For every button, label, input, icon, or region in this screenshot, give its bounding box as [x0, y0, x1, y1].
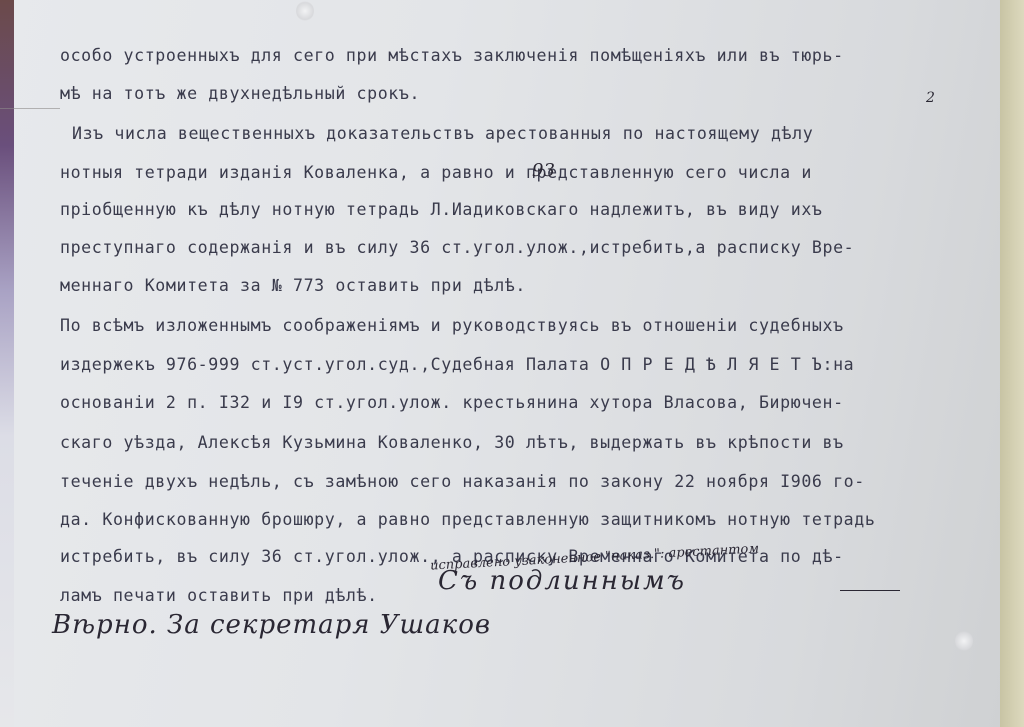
typed-line: нотныя тетради изданія Коваленка, а равн… [60, 163, 812, 182]
typed-line: По всѣмъ изложеннымъ соображеніямъ и рук… [60, 316, 844, 335]
paper-damage [296, 0, 314, 22]
typed-line: пріобщенную къ дѣлу нотную тетрадь Л.Иад… [60, 200, 823, 219]
paper-crease [0, 108, 60, 109]
handwritten-page-number: 93 [532, 160, 555, 181]
typed-line: основаніи 2 п. I32 и I9 ст.угол.улож. кр… [60, 393, 844, 412]
typed-line: теченіе двухъ недѣль, съ замѣною сего на… [60, 472, 865, 491]
handwritten-margin-mark: 2 [926, 90, 935, 106]
signature-underline [840, 590, 900, 591]
typed-line: ламъ печати оставить при дѣлѣ. [60, 586, 378, 605]
background-strip [1000, 0, 1024, 727]
typed-line: мѣ на тотъ же двухнедѣльный срокъ. [60, 84, 420, 103]
typed-line: Изъ числа вещественныхъ доказательствъ а… [72, 124, 813, 143]
handwritten-attestation: Съ подлиннымъ [438, 566, 686, 596]
paper-damage [955, 630, 973, 652]
typed-line: да. Конфискованную брошюру, а равно пред… [60, 510, 875, 529]
binding-edge [0, 0, 14, 727]
typed-line: издержекъ 976-999 ст.уст.угол.суд.,Судеб… [60, 355, 854, 374]
typed-line: скаго уѣзда, Алексѣя Кузьмина Коваленко,… [60, 433, 844, 452]
typed-line: преступнаго содержанія и въ силу 36 ст.у… [60, 238, 854, 257]
typed-line: меннаго Комитета за № 773 оставить при д… [60, 276, 526, 295]
secretary-signature: Вѣрно. За секретаря Ушаков [52, 610, 491, 640]
typed-line: особо устроенныхъ для сего при мѣстахъ з… [60, 46, 844, 65]
